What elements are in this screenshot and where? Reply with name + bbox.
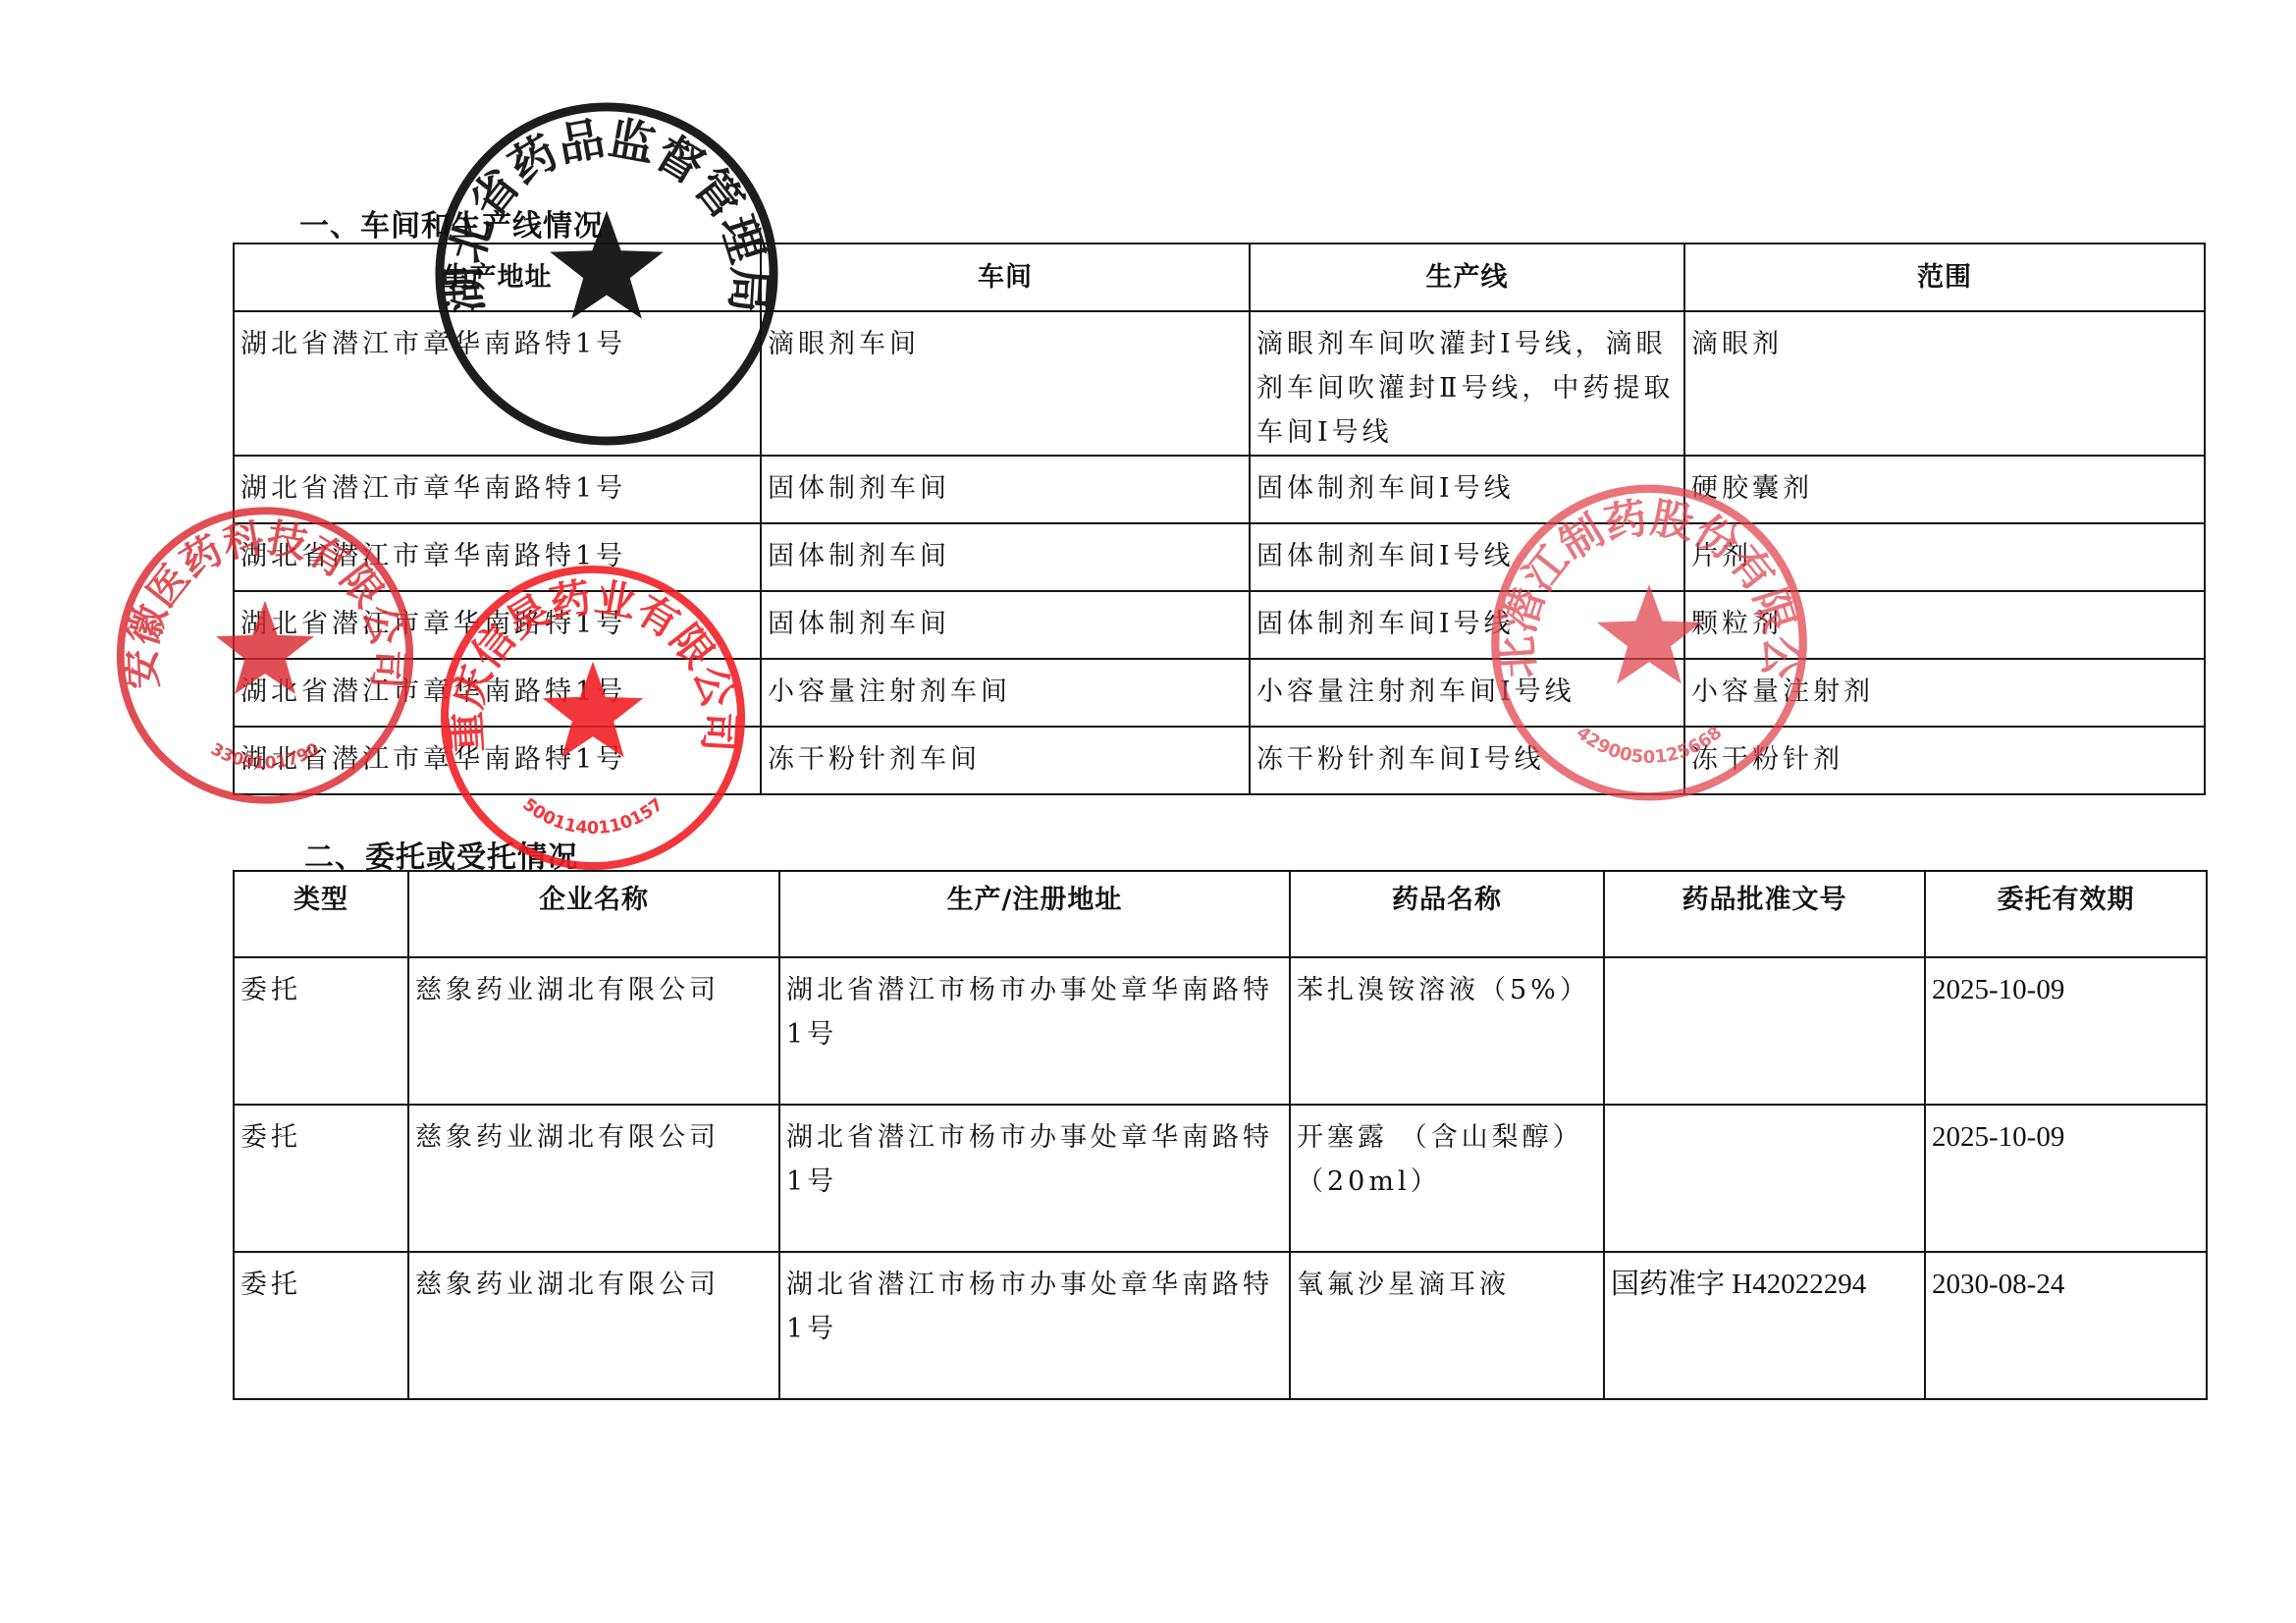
cell-workshop: 滴眼剂车间	[761, 311, 1250, 456]
cell-type: 委托	[234, 957, 408, 1105]
table-header-row: 类型 企业名称 生产/注册地址 药品名称 药品批准文号 委托有效期	[234, 871, 2207, 957]
cell-line: 固体制剂车间Ⅰ号线	[1250, 591, 1684, 659]
header-address: 生产地址	[234, 243, 761, 311]
header-line: 生产线	[1250, 243, 1684, 311]
cell-drug-name: 开塞露 （含山梨醇）（20ml）	[1290, 1105, 1604, 1252]
cell-valid-until: 2025-10-09	[1925, 957, 2207, 1105]
entrustment-table: 类型 企业名称 生产/注册地址 药品名称 药品批准文号 委托有效期 委托 慈象药…	[233, 870, 2208, 1400]
table-row: 委托 慈象药业湖北有限公司 湖北省潜江市杨市办事处章华南路特1号 苯扎溴铵溶液（…	[234, 957, 2207, 1105]
cell-line: 固体制剂车间Ⅰ号线	[1250, 523, 1684, 591]
cell-line: 小容量注射剂车间Ⅰ号线	[1250, 659, 1684, 727]
header-address: 生产/注册地址	[779, 871, 1290, 957]
header-approval-number: 药品批准文号	[1604, 871, 1925, 957]
header-workshop: 车间	[761, 243, 1250, 311]
cell-address: 湖北省潜江市杨市办事处章华南路特1号	[779, 1252, 1290, 1399]
cell-drug-name: 氧氟沙星滴耳液	[1290, 1252, 1604, 1399]
cell-address: 湖北省潜江市杨市办事处章华南路特1号	[779, 957, 1290, 1105]
cell-workshop: 固体制剂车间	[761, 523, 1250, 591]
cell-workshop: 固体制剂车间	[761, 591, 1250, 659]
cell-scope: 颗粒剂	[1684, 591, 2205, 659]
cell-approval-number: 国药准字 H42022294	[1604, 1252, 1925, 1399]
cell-approval-number	[1604, 957, 1925, 1105]
cell-scope: 片剂	[1684, 523, 2205, 591]
cell-scope: 滴眼剂	[1684, 311, 2205, 456]
table-row: 湖北省潜江市章华南路特1号 固体制剂车间 固体制剂车间Ⅰ号线 片剂	[234, 523, 2205, 591]
cell-valid-until: 2030-08-24	[1925, 1252, 2207, 1399]
cell-type: 委托	[234, 1252, 408, 1399]
cell-workshop: 冻干粉针剂车间	[761, 727, 1250, 794]
header-drug-name: 药品名称	[1290, 871, 1604, 957]
cell-valid-until: 2025-10-09	[1925, 1105, 2207, 1252]
cell-scope: 小容量注射剂	[1684, 659, 2205, 727]
header-type: 类型	[234, 871, 408, 957]
cell-scope: 冻干粉针剂	[1684, 727, 2205, 794]
cell-address: 湖北省潜江市章华南路特1号	[234, 591, 761, 659]
cell-address: 湖北省潜江市章华南路特1号	[234, 523, 761, 591]
header-valid-until: 委托有效期	[1925, 871, 2207, 957]
section-title-workshops: 一、车间和生产线情况	[299, 201, 604, 244]
header-scope: 范围	[1684, 243, 2205, 311]
table-row: 湖北省潜江市章华南路特1号 固体制剂车间 固体制剂车间Ⅰ号线 硬胶囊剂	[234, 456, 2205, 523]
cell-company: 慈象药业湖北有限公司	[408, 1105, 779, 1252]
cell-workshop: 固体制剂车间	[761, 456, 1250, 523]
workshop-table: 生产地址 车间 生产线 范围 湖北省潜江市章华南路特1号 滴眼剂车间 滴眼剂车间…	[233, 243, 2206, 795]
cell-line: 固体制剂车间Ⅰ号线	[1250, 456, 1684, 523]
cell-address: 湖北省潜江市章华南路特1号	[234, 659, 761, 727]
table-row: 湖北省潜江市章华南路特1号 小容量注射剂车间 小容量注射剂车间Ⅰ号线 小容量注射…	[234, 659, 2205, 727]
cell-line: 冻干粉针剂车间Ⅰ号线	[1250, 727, 1684, 794]
table-row: 委托 慈象药业湖北有限公司 湖北省潜江市杨市办事处章华南路特1号 开塞露 （含山…	[234, 1105, 2207, 1252]
cell-company: 慈象药业湖北有限公司	[408, 1252, 779, 1399]
cell-scope: 硬胶囊剂	[1684, 456, 2205, 523]
cell-approval-number	[1604, 1105, 1925, 1252]
cell-address: 湖北省潜江市章华南路特1号	[234, 456, 761, 523]
cell-company: 慈象药业湖北有限公司	[408, 957, 779, 1105]
table-header-row: 生产地址 车间 生产线 范围	[234, 243, 2205, 311]
cell-address: 湖北省潜江市章华南路特1号	[234, 727, 761, 794]
header-company: 企业名称	[408, 871, 779, 957]
cell-address: 湖北省潜江市章华南路特1号	[234, 311, 761, 456]
cell-workshop: 小容量注射剂车间	[761, 659, 1250, 727]
table-row: 湖北省潜江市章华南路特1号 滴眼剂车间 滴眼剂车间吹灌封Ⅰ号线，滴眼剂车间吹灌封…	[234, 311, 2205, 456]
cell-drug-name: 苯扎溴铵溶液（5%）	[1290, 957, 1604, 1105]
cell-type: 委托	[234, 1105, 408, 1252]
table-row: 湖北省潜江市章华南路特1号 固体制剂车间 固体制剂车间Ⅰ号线 颗粒剂	[234, 591, 2205, 659]
cell-address: 湖北省潜江市杨市办事处章华南路特1号	[779, 1105, 1290, 1252]
table-row: 湖北省潜江市章华南路特1号 冻干粉针剂车间 冻干粉针剂车间Ⅰ号线 冻干粉针剂	[234, 727, 2205, 794]
cell-line: 滴眼剂车间吹灌封Ⅰ号线，滴眼剂车间吹灌封Ⅱ号线，中药提取车间Ⅰ号线	[1250, 311, 1684, 456]
table-row: 委托 慈象药业湖北有限公司 湖北省潜江市杨市办事处章华南路特1号 氧氟沙星滴耳液…	[234, 1252, 2207, 1399]
